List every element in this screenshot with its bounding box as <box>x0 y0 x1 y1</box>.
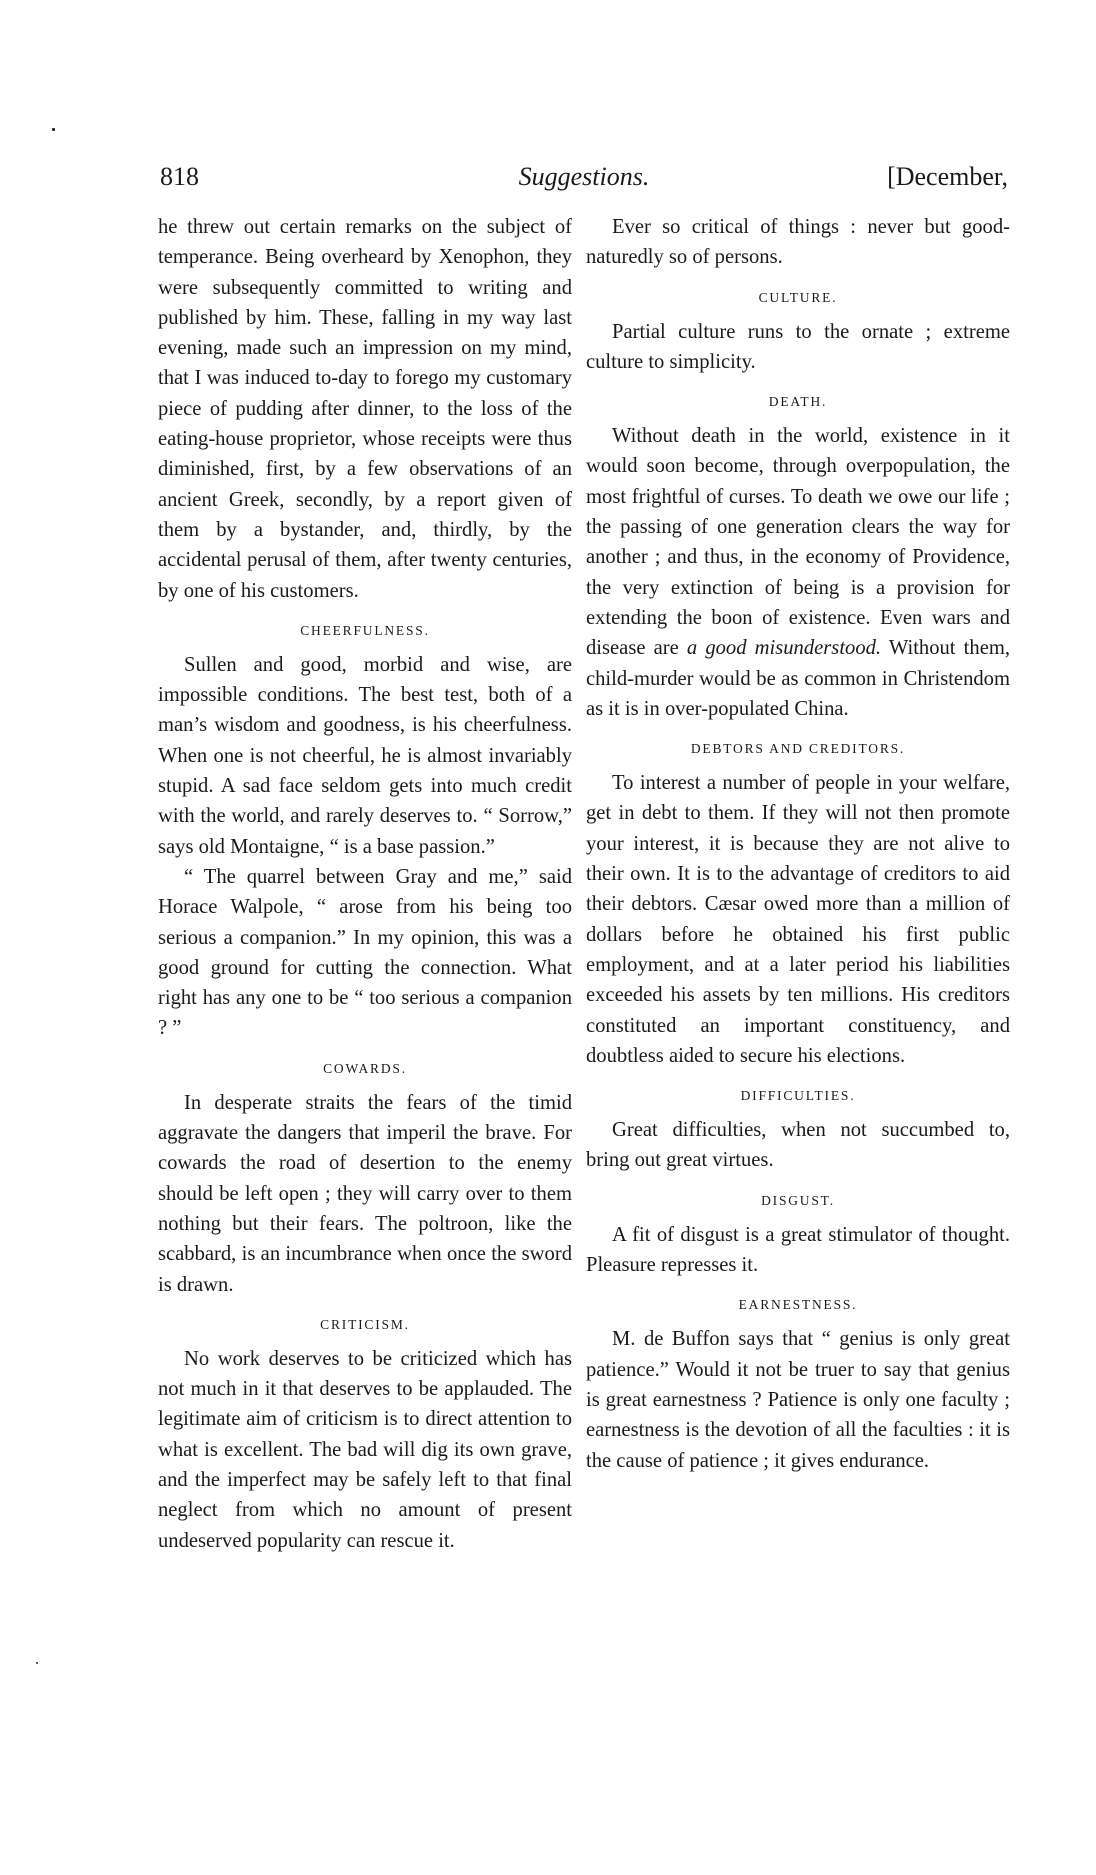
section-heading-difficulties: DIFFICULTIES. <box>586 1085 1010 1107</box>
section-heading-criticism: CRITICISM. <box>158 1314 572 1336</box>
paragraph: M. de Buffon says that “ genius is only … <box>586 1324 1010 1475</box>
paragraph: In desperate straits the fears of the ti… <box>158 1088 572 1300</box>
running-month: [December, <box>887 162 1008 192</box>
paragraph: Sullen and good, morbid and wise, are im… <box>158 650 572 862</box>
right-column: Ever so critical of things : never but g… <box>586 212 1010 1476</box>
section-heading-death: DEATH. <box>586 391 1010 413</box>
emphasis: a good misunderstood. <box>687 637 881 659</box>
left-column: he threw out certain remarks on the subj… <box>158 212 572 1556</box>
section-heading-cowards: COWARDS. <box>158 1058 572 1080</box>
scan-speck <box>52 128 55 131</box>
paragraph: Partial culture runs to the ornate ; ext… <box>586 317 1010 378</box>
continuation-paragraph: he threw out certain remarks on the subj… <box>158 212 572 606</box>
paragraph: Without death in the world, existence in… <box>586 421 1010 724</box>
section-heading-earnestness: EARNESTNESS. <box>586 1294 1010 1316</box>
section-heading-disgust: DISGUST. <box>586 1190 1010 1212</box>
paragraph: Great difficulties, when not succumbed t… <box>586 1115 1010 1176</box>
opening-paragraph: Ever so critical of things : never but g… <box>586 212 1010 273</box>
running-header: 818 Suggestions. [December, <box>160 162 1008 196</box>
text-run: Without death in the world, existence in… <box>586 425 1010 659</box>
running-title: Suggestions. <box>160 162 1008 192</box>
scan-speck <box>36 1662 38 1664</box>
section-heading-culture: CULTURE. <box>586 287 1010 309</box>
paragraph: A fit of disgust is a great stimulator o… <box>586 1220 1010 1281</box>
paragraph: “ The quarrel between Gray and me,” said… <box>158 862 572 1044</box>
paragraph: To interest a number of people in your w… <box>586 768 1010 1071</box>
paragraph: No work deserves to be criticized which … <box>158 1344 572 1556</box>
section-heading-debtors-and-creditors: DEBTORS AND CREDITORS. <box>586 738 1010 760</box>
section-heading-cheerfulness: CHEERFULNESS. <box>158 620 572 642</box>
